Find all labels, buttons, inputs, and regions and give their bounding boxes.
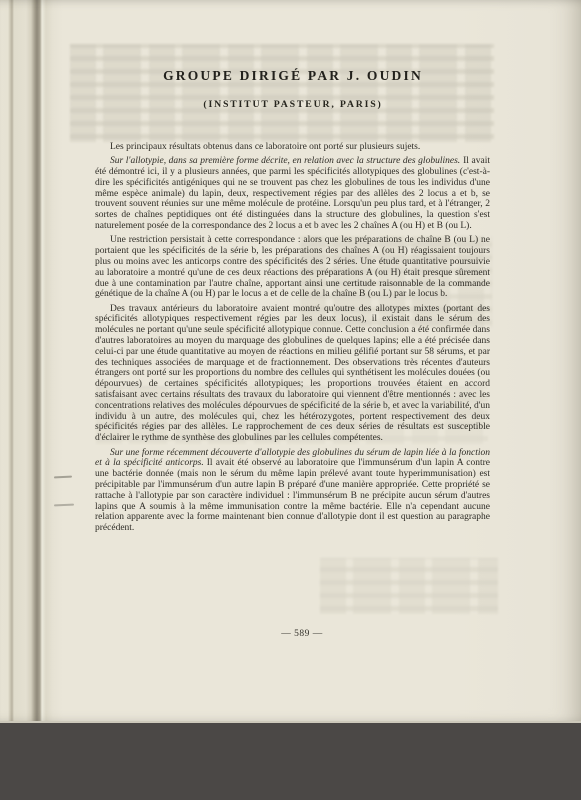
page-title: GROUPE DIRIGÉ PAR J. OUDIN — [95, 68, 491, 84]
paragraph-body: Des travaux antérieurs du laboratoire av… — [95, 304, 490, 444]
margin-pencil-mark — [54, 476, 72, 479]
margin-pencil-mark — [54, 504, 74, 507]
showthrough-ghost-text — [70, 44, 494, 142]
paragraph: Sur une forme récemment découverte d'all… — [95, 448, 490, 534]
paragraph: Les principaux résultats obtenus dans ce… — [95, 142, 490, 153]
paragraph: Sur l'allotypie, dans sa première forme … — [95, 156, 490, 232]
paragraph-body: Les principaux résultats obtenus dans ce… — [110, 142, 420, 152]
body-text: Les principaux résultats obtenus dans ce… — [95, 142, 490, 534]
paragraph-body: Il avait été démontré ici, il y a plusie… — [95, 156, 490, 231]
paragraph-body: Il avait été observé au laboratoire que … — [95, 458, 490, 533]
paragraph: Des travaux antérieurs du laboratoire av… — [95, 304, 490, 444]
showthrough-ghost-text — [320, 558, 498, 614]
page-number: — 589 — — [104, 629, 500, 639]
scanned-book-photo: GROUPE DIRIGÉ PAR J. OUDIN (INSTITUT PAS… — [0, 0, 581, 800]
paragraph: Une restriction persistait à cette corre… — [95, 235, 490, 300]
paragraph-body: Une restriction persistait à cette corre… — [95, 235, 490, 299]
page-subtitle: (INSTITUT PASTEUR, PARIS) — [95, 99, 491, 110]
book-page: GROUPE DIRIGÉ PAR J. OUDIN (INSTITUT PAS… — [0, 0, 581, 723]
paragraph-lead-italic: Sur l'allotypie, dans sa première forme … — [110, 156, 460, 166]
